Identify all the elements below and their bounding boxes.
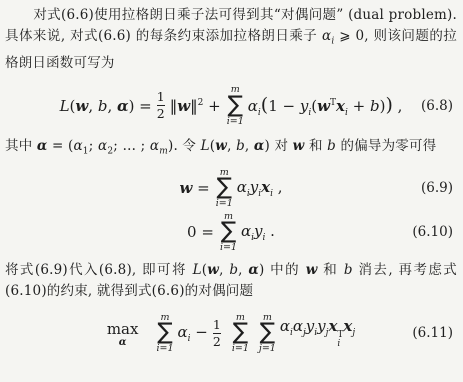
math-var-alpha: α: [248, 97, 258, 115]
math-var-w: w: [215, 138, 227, 154]
subscript-j: j: [352, 328, 355, 338]
sum-lower-limit: i=1: [232, 344, 249, 354]
separator: ,: [227, 138, 236, 154]
math-var-alpha: α: [280, 317, 290, 335]
paragraph-where: 其中 α = (α1; α2; … ; αm). 令 L(w, b, α) 对 …: [5, 136, 457, 163]
sum-lower-limit: i=1: [220, 243, 237, 253]
summation: m∑i=1: [232, 313, 249, 354]
math-var-L: L: [193, 262, 202, 278]
text-run: 中的: [264, 262, 305, 278]
fraction-denominator: 2: [157, 107, 165, 121]
math-var-b: b: [327, 138, 336, 154]
summation: m∑i=1: [216, 168, 233, 209]
math-var-b: b: [344, 262, 353, 278]
summation: m∑i=1: [156, 313, 173, 354]
math-var-alpha: α: [98, 138, 107, 154]
book-page: 对式(6.6)使用拉格朗日乘子法可得到其“对偶问题” (dual problem…: [0, 0, 463, 356]
scanned-textbook-page: { "page": { "background": "#f5f5f2", "te…: [0, 0, 463, 382]
math-var-alpha: α: [241, 222, 251, 240]
eq68-lhs: L(w, b, α) =: [60, 97, 152, 115]
equation-6-10: 0 = m∑i=1 αiyi . (6.10): [5, 210, 457, 254]
plus-sign: +: [348, 97, 370, 115]
math-var-b: b: [229, 262, 238, 278]
eq69-lhs: w =: [179, 179, 209, 197]
math-var-b: b: [370, 97, 380, 115]
equals-sign: =: [192, 179, 209, 197]
math-var-y: y: [317, 317, 325, 335]
eq611-quadratic-term: αiαjyiyjxTixj: [280, 317, 355, 349]
text-run: 和: [304, 138, 327, 154]
separator: ,: [219, 262, 229, 278]
eq611-first-term: αi −: [178, 323, 208, 344]
zero-equals: 0 =: [187, 223, 214, 241]
separator: ,: [245, 138, 254, 154]
equals-sign: ) =: [129, 97, 152, 115]
subscript-i: i: [337, 340, 340, 349]
math-var-alpha: α: [293, 317, 303, 335]
text-run: ). 令: [168, 138, 201, 154]
summation: m∑i=1: [220, 212, 237, 253]
plus-sign: +: [203, 97, 220, 115]
ellipsis: ; … ;: [113, 138, 150, 154]
math-var-alpha: α: [322, 28, 331, 44]
equation-number: (6.11): [412, 325, 453, 341]
paragraph-intro: 对式(6.6)使用拉格朗日乘子法可得到其“对偶问题” (dual problem…: [5, 5, 457, 74]
period: .: [265, 222, 275, 240]
math-var-w: w: [306, 262, 318, 278]
math-var-alpha: α: [150, 138, 159, 154]
equation-number: (6.10): [412, 224, 453, 240]
math-var-x: x: [328, 317, 337, 335]
separator: ,: [238, 262, 248, 278]
math-var-x: x: [261, 178, 270, 196]
sum-lower-limit: i=1: [227, 117, 244, 127]
big-paren: ): [385, 94, 392, 116]
math-var-w: w: [177, 97, 190, 115]
math-var-x: x: [336, 97, 345, 115]
sum-lower-limit: i=1: [216, 199, 233, 209]
sigma-icon: ∑: [221, 221, 237, 243]
math-var-b: b: [236, 138, 245, 154]
eq68-norm-term: ‖w‖2 +: [170, 97, 221, 115]
eq68-rhs: αi(1 − yi(wTxi + b)) ,: [248, 94, 403, 118]
math-var-alpha-vector: α: [37, 138, 48, 154]
eq610-lhs: 0 =: [187, 223, 214, 241]
max-label: max: [107, 322, 139, 338]
equation-6-9: w = m∑i=1 αiyixi , (6.9): [5, 166, 457, 210]
math-var-alpha: α: [178, 323, 188, 341]
eq610-rhs: αiyi .: [241, 222, 275, 243]
math-var-y: y: [250, 178, 258, 196]
norm-bar: ‖: [190, 97, 198, 115]
equals-sign: = (: [48, 138, 74, 154]
math-var-y: y: [306, 317, 314, 335]
math-var-y: y: [254, 222, 262, 240]
sigma-icon: ∑: [227, 95, 243, 117]
paragraph-substitute: 将式(6.9)代入(6.8), 即可将 L(w, b, α) 中的 w 和 b …: [5, 260, 457, 302]
math-var-alpha: α: [254, 138, 265, 154]
equation-number: (6.9): [421, 180, 453, 196]
sum-lower-limit: j=1: [259, 344, 276, 354]
math-var-alpha: α: [73, 138, 82, 154]
equation-6-8: L(w, b, α) = 12 ‖w‖2 + m∑i=1 αi(1 − yi(w…: [5, 83, 457, 129]
text-run: 将式(6.9)代入(6.8), 即可将: [5, 262, 193, 278]
math-var-alpha: α: [237, 178, 247, 196]
comma: ,: [273, 178, 283, 196]
fraction-numerator: 1: [157, 90, 165, 104]
sigma-icon: ∑: [157, 322, 173, 344]
subscript-m: m: [159, 146, 168, 156]
summation: m∑i=1: [227, 85, 244, 126]
equation-6-11: maxα m∑i=1 αi − 12 m∑i=1 m∑j=1 αiαjyiyjx…: [5, 310, 457, 356]
math-var-w: w: [75, 97, 88, 115]
summation: m∑j=1: [259, 313, 276, 354]
comma: ,: [393, 97, 403, 115]
text-run: 的偏导为零可得: [336, 138, 436, 154]
math-var-L: L: [201, 138, 210, 154]
math-var-w: w: [317, 97, 330, 115]
sigma-icon: ∑: [260, 322, 276, 344]
math-var-w: w: [179, 179, 192, 197]
sigma-icon: ∑: [216, 177, 232, 199]
text-run: 其中: [5, 138, 37, 154]
math-var-alpha: α: [117, 97, 129, 115]
fraction-denominator: 2: [213, 335, 221, 349]
equation-number: (6.8): [421, 98, 453, 114]
text-run: 1 −: [268, 97, 300, 115]
fraction-numerator: 1: [213, 318, 221, 332]
math-var-alpha: α: [248, 262, 259, 278]
math-var-w: w: [293, 138, 305, 154]
fraction-one-half: 12: [213, 318, 221, 350]
math-var-L: L: [60, 97, 70, 115]
sum-lower-limit: i=1: [156, 344, 173, 354]
minus-sign: −: [191, 323, 208, 341]
text-run: 和: [318, 262, 344, 278]
eq69-rhs: αiyixi ,: [237, 178, 283, 199]
text-run: 对: [270, 138, 293, 154]
math-var-w: w: [207, 262, 219, 278]
separator: ,: [88, 97, 98, 115]
max-subscript-alpha: α: [119, 338, 127, 349]
fraction-one-half: 12: [157, 90, 165, 122]
max-operator: maxα: [107, 322, 139, 348]
separator: ,: [107, 97, 117, 115]
separator: ;: [89, 138, 98, 154]
sigma-icon: ∑: [233, 322, 249, 344]
